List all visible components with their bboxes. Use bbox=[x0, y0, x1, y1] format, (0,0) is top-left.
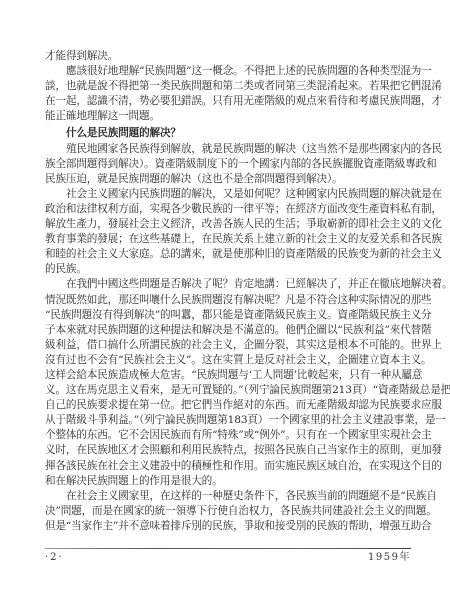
document-body: 才能得到解决。應該很好地理解“民族問題”这一概念。不得把上述的民族問題的各种类型… bbox=[45, 49, 411, 534]
text-line: 揮各該民族在社会主义建設中的積極性和作用。而实施民族区域自治，在实現这个目的 bbox=[45, 459, 411, 474]
publication-year: 1959年 bbox=[368, 551, 411, 565]
text-line: 級利益，借口搞什么所謂民族的社会主义，企圖分裂，其实这是根本不可能的。世界上 bbox=[45, 338, 411, 353]
paragraph-first-line: 在社会主义國家里，在这样的一种歷史条件下，各民族当前的問題絕不是“民族自 bbox=[45, 489, 411, 504]
footer-divider bbox=[45, 548, 411, 549]
paragraph-first-line: 社会主义國家内民族問題的解决，又是如何呢？这种國家内民族問題的解决就是在 bbox=[45, 187, 411, 202]
paragraph-first-line: 應該很好地理解“民族問題”这一概念。不得把上述的民族問題的各种类型混为一 bbox=[45, 64, 411, 79]
text-line: 族全部問題得到解决）。資產階級制度下的一个國家内部的各民族擺脫資產階級專政和 bbox=[45, 157, 411, 172]
page-footer: ·2· 1959年 bbox=[45, 551, 411, 565]
paragraph-last-line: 才能得到解决。 bbox=[45, 49, 411, 64]
text-line: 談，也就是說不得把第一类民族問題和第二类或者同第三类混淆起來。若果把它們混淆 bbox=[45, 79, 411, 94]
text-line: 义时，在民族地区才会照顧和利用民族特点，按照各民族自己当家作主的原則，更加發 bbox=[45, 443, 411, 458]
paragraph-first-line: 在我們中國这些問題是否解决了呢？肯定地講：已經解决了，并正在徹底地解决着。 bbox=[45, 277, 411, 292]
paragraph-last-line: 能正確地理解这一問題。 bbox=[45, 109, 411, 124]
paragraph-first-line: 殖民地國家各民族得到解放，就是民族問題的解决（这当然不是那些國家内的各民 bbox=[45, 142, 411, 157]
paragraph-last-line: 和在解决民族問題上的作用是很大的。 bbox=[45, 474, 411, 489]
text-line: 和睦的社会主义大家庭。总的講來，就是使那种旧的資產階級的民族变为新的社会主义 bbox=[45, 247, 411, 262]
text-line: 情況既然如此，那还叫嚷什么民族問題沒有解决呢？凡是不符合这种实际情况的那些 bbox=[45, 293, 411, 308]
text-line: 自己的民族要求提在第一位。把它們当作絕对的东西。而无產階級却認为民族要求应服 bbox=[45, 398, 411, 413]
paragraph-last-line: 的民族。 bbox=[45, 262, 411, 277]
text-line: 义。这在馬克思主义看來，是无可置疑的。”（列宁論民族問題第213頁）“資產階級总… bbox=[45, 383, 411, 398]
text-line: 政治和法律权利方面，实現各少數民族的一律平等；在經济方面改变生產資料私有制， bbox=[45, 202, 411, 217]
paragraph-last-line: 民族压迫，就是民族問題的解决（这也不是全部問題得到解决）。 bbox=[45, 172, 411, 187]
text-line: 从于階級斗爭利益。”（列宁論民族問題第183頁）一个國家里的社会主义建設事業，是… bbox=[45, 413, 411, 428]
text-line: 但是“当家作主”并不意味着排斥別的民族，爭取和接受別的民族的帮助，增强互助合 bbox=[45, 519, 411, 534]
text-line: 这样会給本民族造成極大危害。“民族問題与‘工人問題’比較起來，只有一种从屬意 bbox=[45, 368, 411, 383]
text-line: 决”問題，而是在國家的統一領導下行使自治权力，各民族共同建設社会主义的問題。 bbox=[45, 504, 411, 519]
text-line: 解放生產力，發展社会主义經济，改善各族人民的生活；爭取嶄新的即社会主义的文化 bbox=[45, 217, 411, 232]
text-line: 在一起，認識不清，势必要犯錯誤。只有用无產階級的观点來看待和考慮民族問題，才 bbox=[45, 94, 411, 109]
text-line: 子本來就对民族問題的这种提法和解决是不滿意的。他們企圖以“民族利益”來代替階 bbox=[45, 323, 411, 338]
text-line: 沒有过也不会有“民族社会主义”。这在实質上是反对社会主义，企圖建立資本主义。 bbox=[45, 353, 411, 368]
text-line: “民族問題沒有得到解决”的叫囂，都只能是資產階級民族主义。資產階級民族主义分 bbox=[45, 308, 411, 323]
page-number: ·2· bbox=[45, 551, 64, 565]
section-heading: 什么是民族問題的解决？ bbox=[45, 126, 411, 141]
text-line: 教育事業的發展；在这些基礎上，在民族关系上建立新的社会主义的友爱关系和各民族 bbox=[45, 232, 411, 247]
text-line: 个整体的东西。它不会因民族而有所“特殊”或“例外”。只有在一个國家里实現社会主 bbox=[45, 428, 411, 443]
